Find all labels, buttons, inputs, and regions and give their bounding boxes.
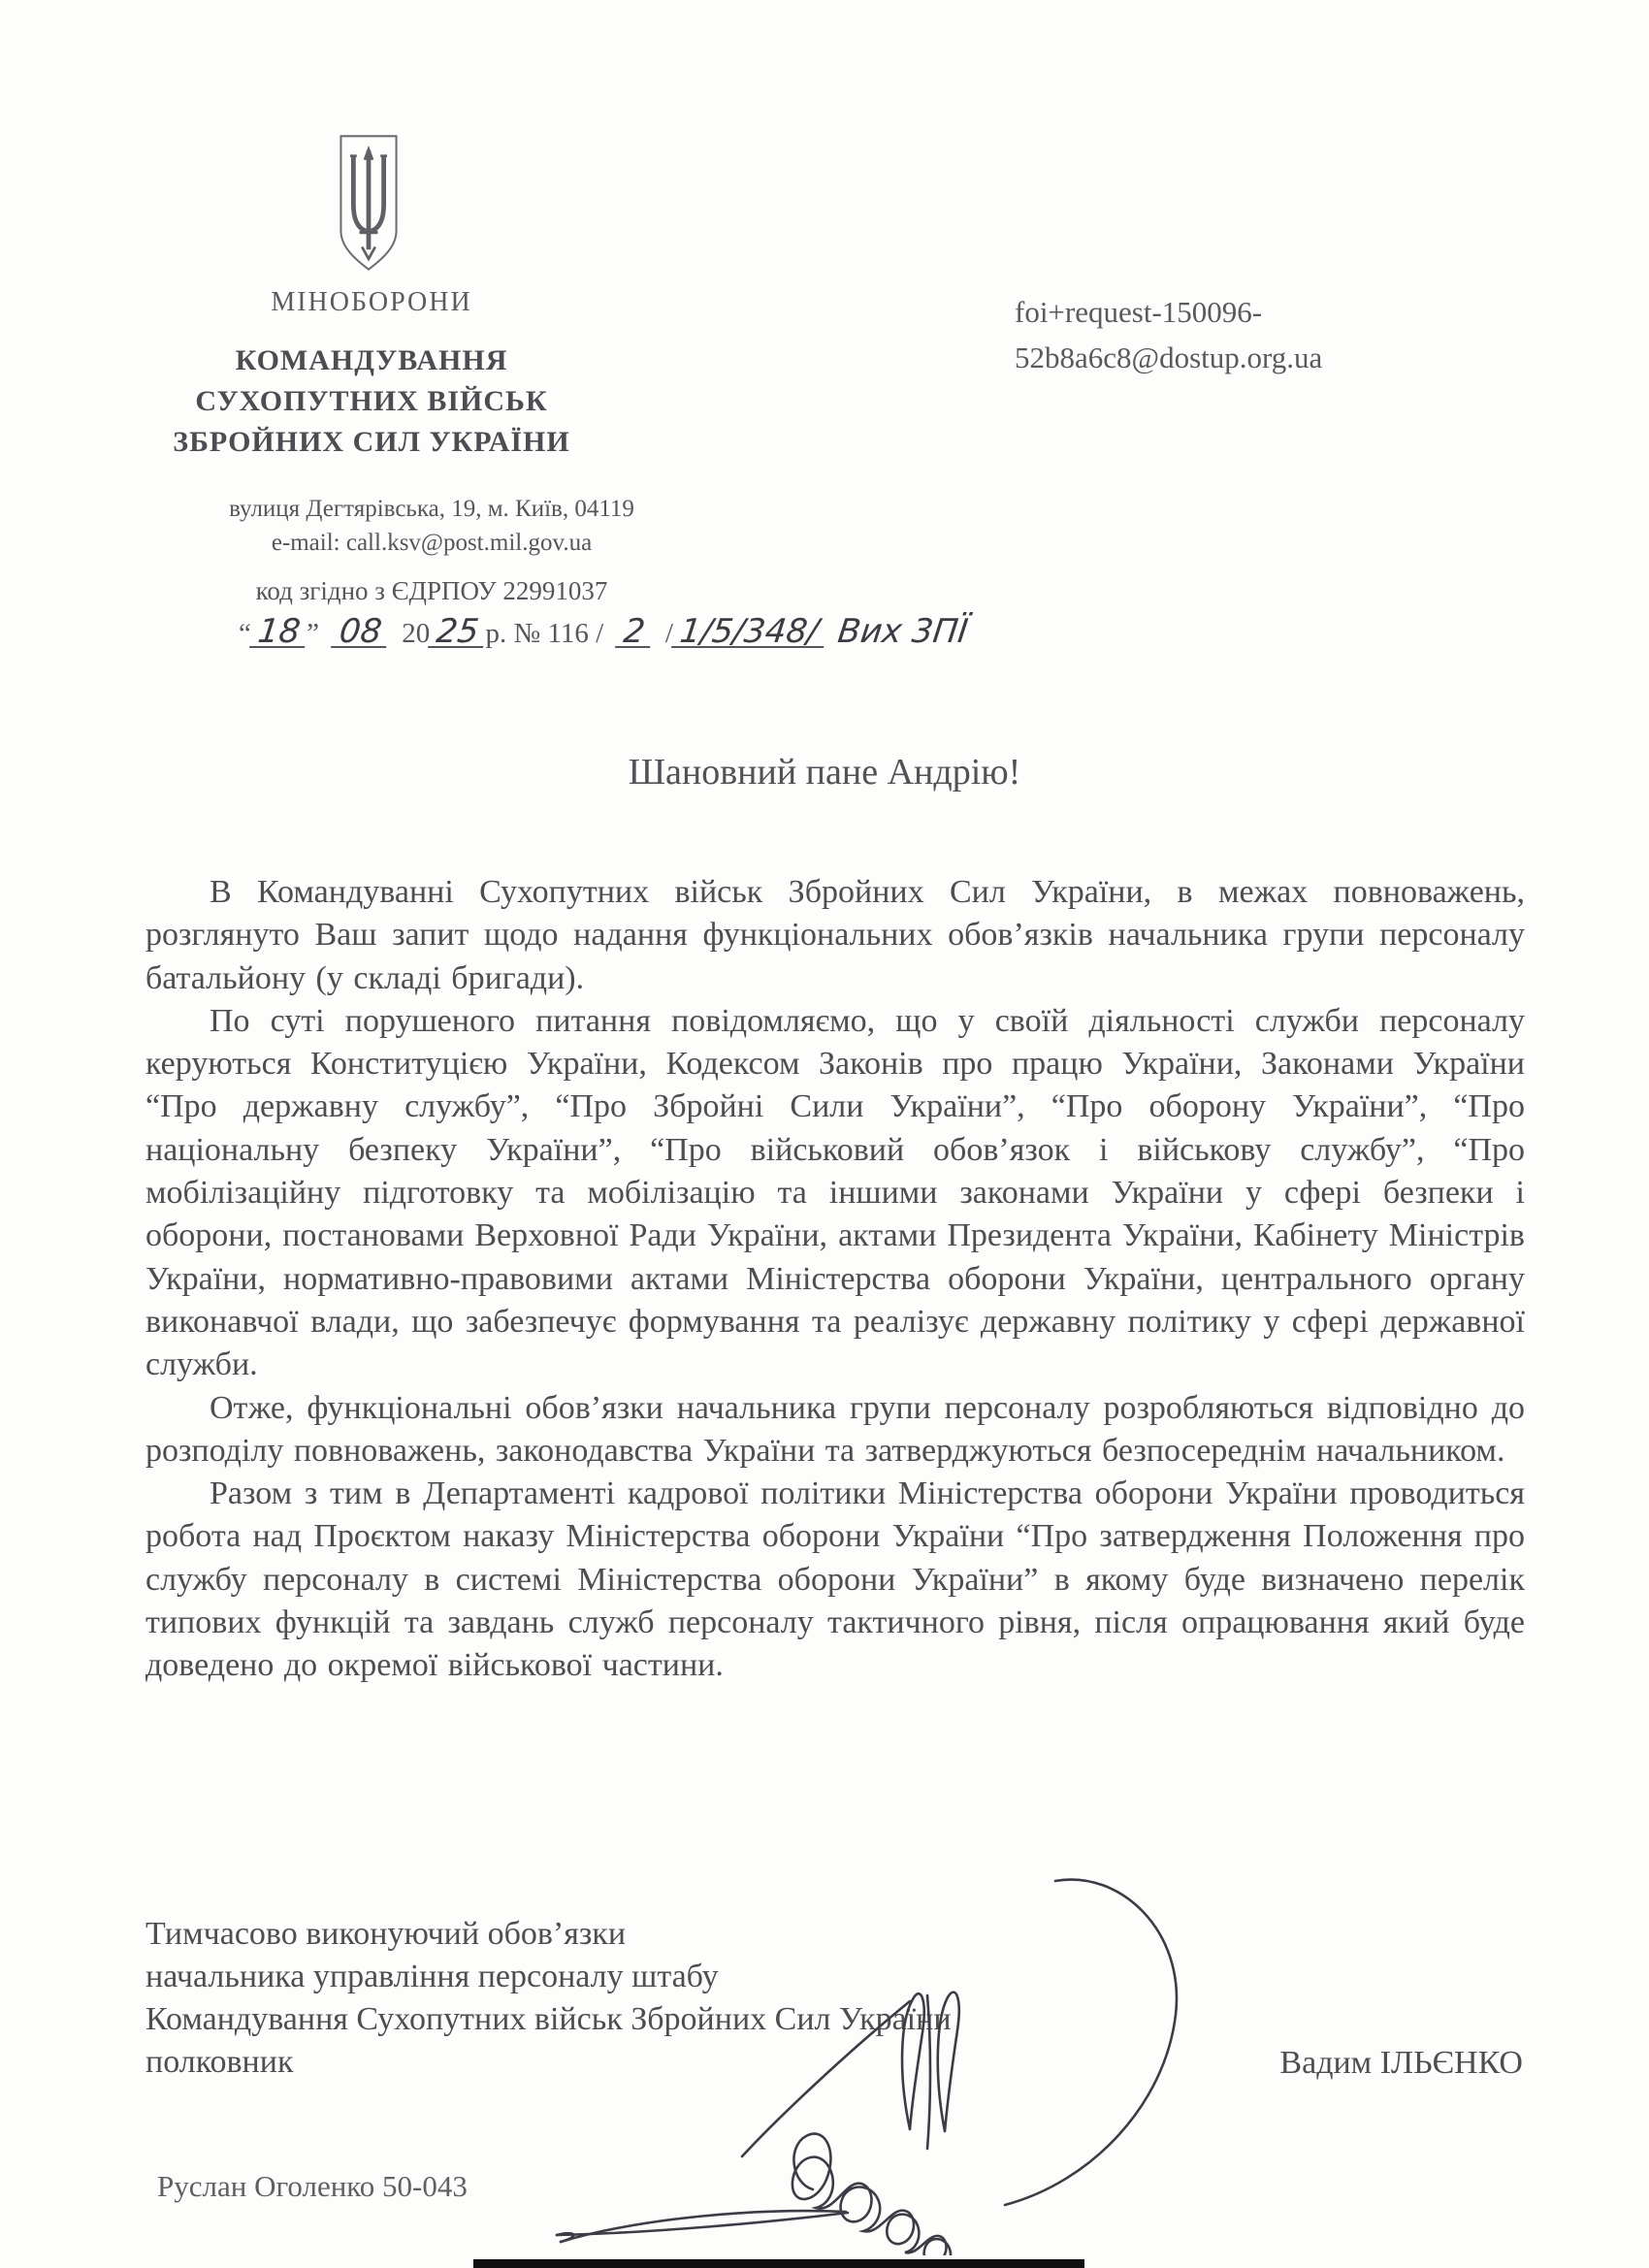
handwritten-number-part1: 2 bbox=[615, 617, 654, 648]
recipient-email-line-2: 52b8a6c8@dostup.org.ua bbox=[1015, 335, 1480, 380]
executor-contact: Руслан Оголенко 50-043 bbox=[157, 2169, 468, 2204]
handwritten-month: 08 bbox=[331, 617, 390, 648]
sender-email: e-mail: call.ksv@post.mil.gov.ua bbox=[141, 530, 723, 557]
handwritten-outgoing-mark: Вих 3ПЇ bbox=[837, 617, 970, 646]
letter-body: В Командуванні Сухопутних військ Збройни… bbox=[145, 871, 1525, 1688]
paragraph: В Командуванні Сухопутних військ Збройни… bbox=[145, 871, 1525, 1000]
year-printed: 20 bbox=[402, 618, 430, 649]
ukraine-trident-emblem-icon bbox=[336, 130, 402, 275]
reference-number-line: “18”082025р. № 116 /2/1/5/348/Вих 3ПЇ bbox=[239, 617, 976, 650]
handwritten-signature-icon bbox=[524, 1867, 1203, 2255]
street-address: вулиця Дегтярівська, 19, м. Київ, 04119 bbox=[141, 496, 723, 523]
scan-edge-artifact bbox=[473, 2259, 1084, 2268]
command-name-line-1: КОМАНДУВАННЯ bbox=[116, 344, 627, 377]
edrpou-code: код згідно з ЄДРПОУ 22991037 bbox=[141, 576, 723, 606]
handwritten-year: 25 bbox=[428, 617, 487, 648]
handwritten-number-part2: 1/5/348/ bbox=[671, 617, 826, 648]
paragraph: По суті порушеного питання повідомляємо,… bbox=[145, 1000, 1525, 1387]
ministry-name: МІНОБОРОНИ bbox=[175, 287, 568, 318]
command-name-line-2: СУХОПУТНИХ ВІЙСЬК bbox=[116, 385, 627, 418]
paragraph: Отже, функціональні обов’язки начальника… bbox=[145, 1387, 1525, 1474]
scanned-letter-page: МІНОБОРОНИ КОМАНДУВАННЯ СУХОПУТНИХ ВІЙСЬ… bbox=[0, 0, 1649, 2268]
command-name-line-3: ЗБРОЙНИХ СИЛ УКРАЇНИ bbox=[116, 426, 627, 459]
greeting: Шановний пане Андрію! bbox=[0, 751, 1649, 794]
close-quote: ” bbox=[307, 618, 319, 649]
recipient-email-line-1: foi+request-150096- bbox=[1015, 289, 1480, 335]
handwritten-day: 18 bbox=[249, 617, 308, 648]
recipient-email: foi+request-150096- 52b8a6c8@dostup.org.… bbox=[1015, 289, 1480, 380]
paragraph: Разом з тим в Департаменті кадрової полі… bbox=[145, 1473, 1525, 1687]
number-label: р. № 116 / bbox=[486, 618, 604, 649]
